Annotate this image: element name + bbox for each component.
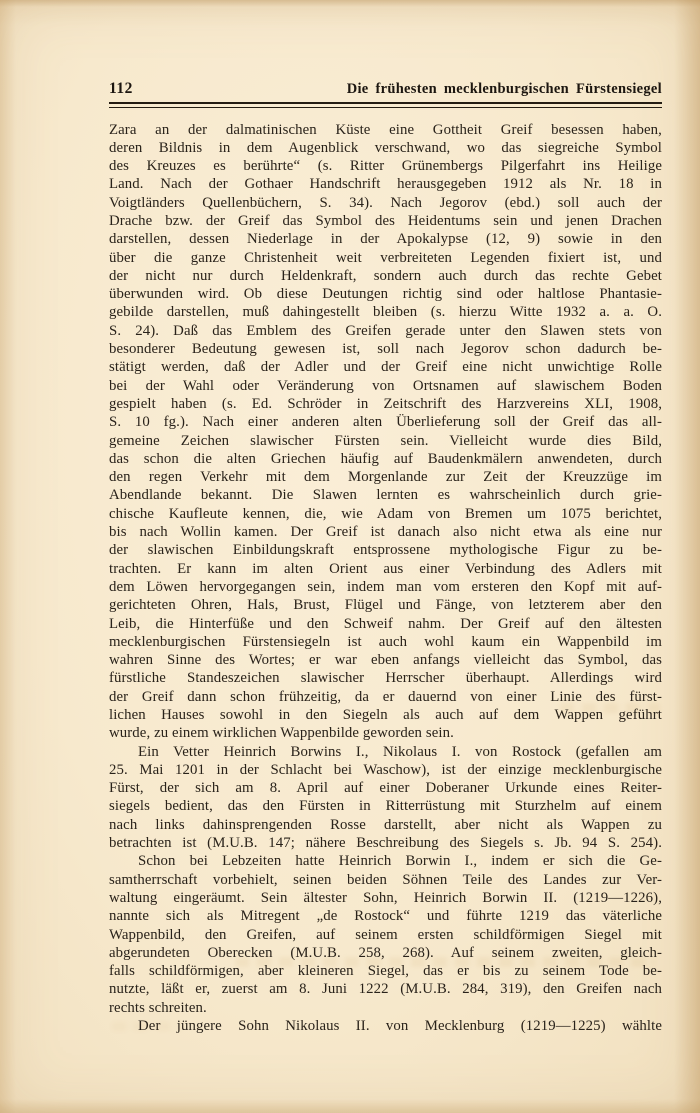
running-title: Die frühesten mecklenburgischen Fürstens…: [347, 81, 662, 98]
text-line: gerichteten Ohren, Hals, Brust, Flügel u…: [109, 596, 662, 614]
text-line: gebilde darstellen, muß dahingestellt bl…: [109, 303, 662, 321]
text-line: das schon die alten Griechen häufig auf …: [109, 450, 662, 468]
text-line: Leib, die Hinterfüße und den Schweif nah…: [109, 615, 662, 633]
text-line: fürstliche Standeszeichen slawischer Her…: [109, 669, 662, 687]
text-line: waltung eingeräumt. Sein ältester Sohn, …: [109, 889, 662, 907]
text-line: Zara an der dalmatinischen Küste eine Go…: [109, 121, 662, 139]
text-line: lichen Hauses sowohl in den Siegeln als …: [109, 706, 662, 724]
text-line: besonderer Bedeutung gewesen ist, soll n…: [109, 340, 662, 358]
header-double-rule: [109, 102, 662, 108]
text-line: betrachten ist (M.U.B. 147; nähere Besch…: [109, 834, 662, 852]
text-line: über die ganze Christenheit weit verbrei…: [109, 249, 662, 267]
text-line: Drache bzw. der Greif das Symbol des Hei…: [109, 212, 662, 230]
text-line: wahren Sinne des Wortes; er war eben anf…: [109, 651, 662, 669]
text-line: stätigt werden, daß der Adler und der Gr…: [109, 358, 662, 376]
text-line: trachten. Er kann im alten Orient aus ei…: [109, 560, 662, 578]
text-line: den regen Verkehr mit dem Morgenlande zu…: [109, 468, 662, 486]
text-line: bis nach Wollin kamen. Der Greif ist dan…: [109, 523, 662, 541]
page-content: 112 Die frühesten mecklenburgischen Fürs…: [109, 80, 662, 1035]
text-line: chische Kaufleute kennen, die, wie Adam …: [109, 505, 662, 523]
text-line: gespielt haben (s. Ed. Schröder in Zeits…: [109, 395, 662, 413]
text-line: Der jüngere Sohn Nikolaus II. von Meckle…: [109, 1017, 662, 1035]
text-line: S. 24). Daß das Emblem des Greifen gerad…: [109, 322, 662, 340]
text-line: nach links dahinsprengenden Rosse darste…: [109, 816, 662, 834]
text-line: Land. Nach der Gothaer Handschrift herau…: [109, 175, 662, 193]
text-line: Wappenbild, den Greifen, auf seinem erst…: [109, 926, 662, 944]
text-line: der Greif dann schon frühzeitig, da er d…: [109, 688, 662, 706]
text-line: überwunden wird. Ob diese Deutungen rich…: [109, 285, 662, 303]
text-line: Abendlande bekannt. Die Slawen lernten e…: [109, 486, 662, 504]
running-head: 112 Die frühesten mecklenburgischen Fürs…: [109, 80, 662, 98]
text-line: Schon bei Lebzeiten hatte Heinrich Borwi…: [109, 852, 662, 870]
text-line: Fürst, der sich am 8. April auf einer Do…: [109, 779, 662, 797]
text-line: der slawischen Einbildungskraft entspros…: [109, 541, 662, 559]
text-line: falls schildförmigen, aber kleineren Sie…: [109, 962, 662, 980]
text-line: bei der Wahl oder Veränderung von Ortsna…: [109, 377, 662, 395]
text-line: Ein Vetter Heinrich Borwins I., Nikolaus…: [109, 743, 662, 761]
text-line: nannte sich als Mitregent „de Rostock“ u…: [109, 907, 662, 925]
text-line: abgerundeten Oberecken (M.U.B. 258, 268)…: [109, 944, 662, 962]
text-line: gemeine Zeichen slawischer Fürsten sein.…: [109, 432, 662, 450]
text-line: samtherrschaft vorbehielt, seinen beiden…: [109, 871, 662, 889]
text-line: der nicht nur durch Heldenkraft, sondern…: [109, 267, 662, 285]
text-line: 25. Mai 1201 in der Schlacht bei Waschow…: [109, 761, 662, 779]
text-line: wurde, zu einem wirklichen Wappenbilde g…: [109, 724, 662, 742]
text-line: deren Bildnis in dem Augenblick verschwa…: [109, 139, 662, 157]
text-line: nutzte, läßt er, zuerst am 8. Juni 1222 …: [109, 980, 662, 998]
text-line: dem Löwen hervorgegangen sein, indem man…: [109, 578, 662, 596]
body-text: Zara an der dalmatinischen Küste eine Go…: [109, 121, 662, 1036]
scanned-book-page: 112 Die frühesten mecklenburgischen Fürs…: [0, 0, 700, 1113]
text-line: siegels bedient, das den Fürsten in Ritt…: [109, 797, 662, 815]
text-line: darstellen, dessen Niederlage in der Apo…: [109, 230, 662, 248]
text-line: Voigtländers Quellenbüchern, S. 34). Nac…: [109, 194, 662, 212]
text-line: rechts schreiten.: [109, 999, 662, 1017]
text-line: des Kreuzes es berührte“ (s. Ritter Grün…: [109, 157, 662, 175]
text-line: S. 10 fg.). Nach einer anderen alten Übe…: [109, 413, 662, 431]
text-line: mecklenburgischen Fürstensiegeln ist auc…: [109, 633, 662, 651]
page-number: 112: [109, 80, 133, 98]
